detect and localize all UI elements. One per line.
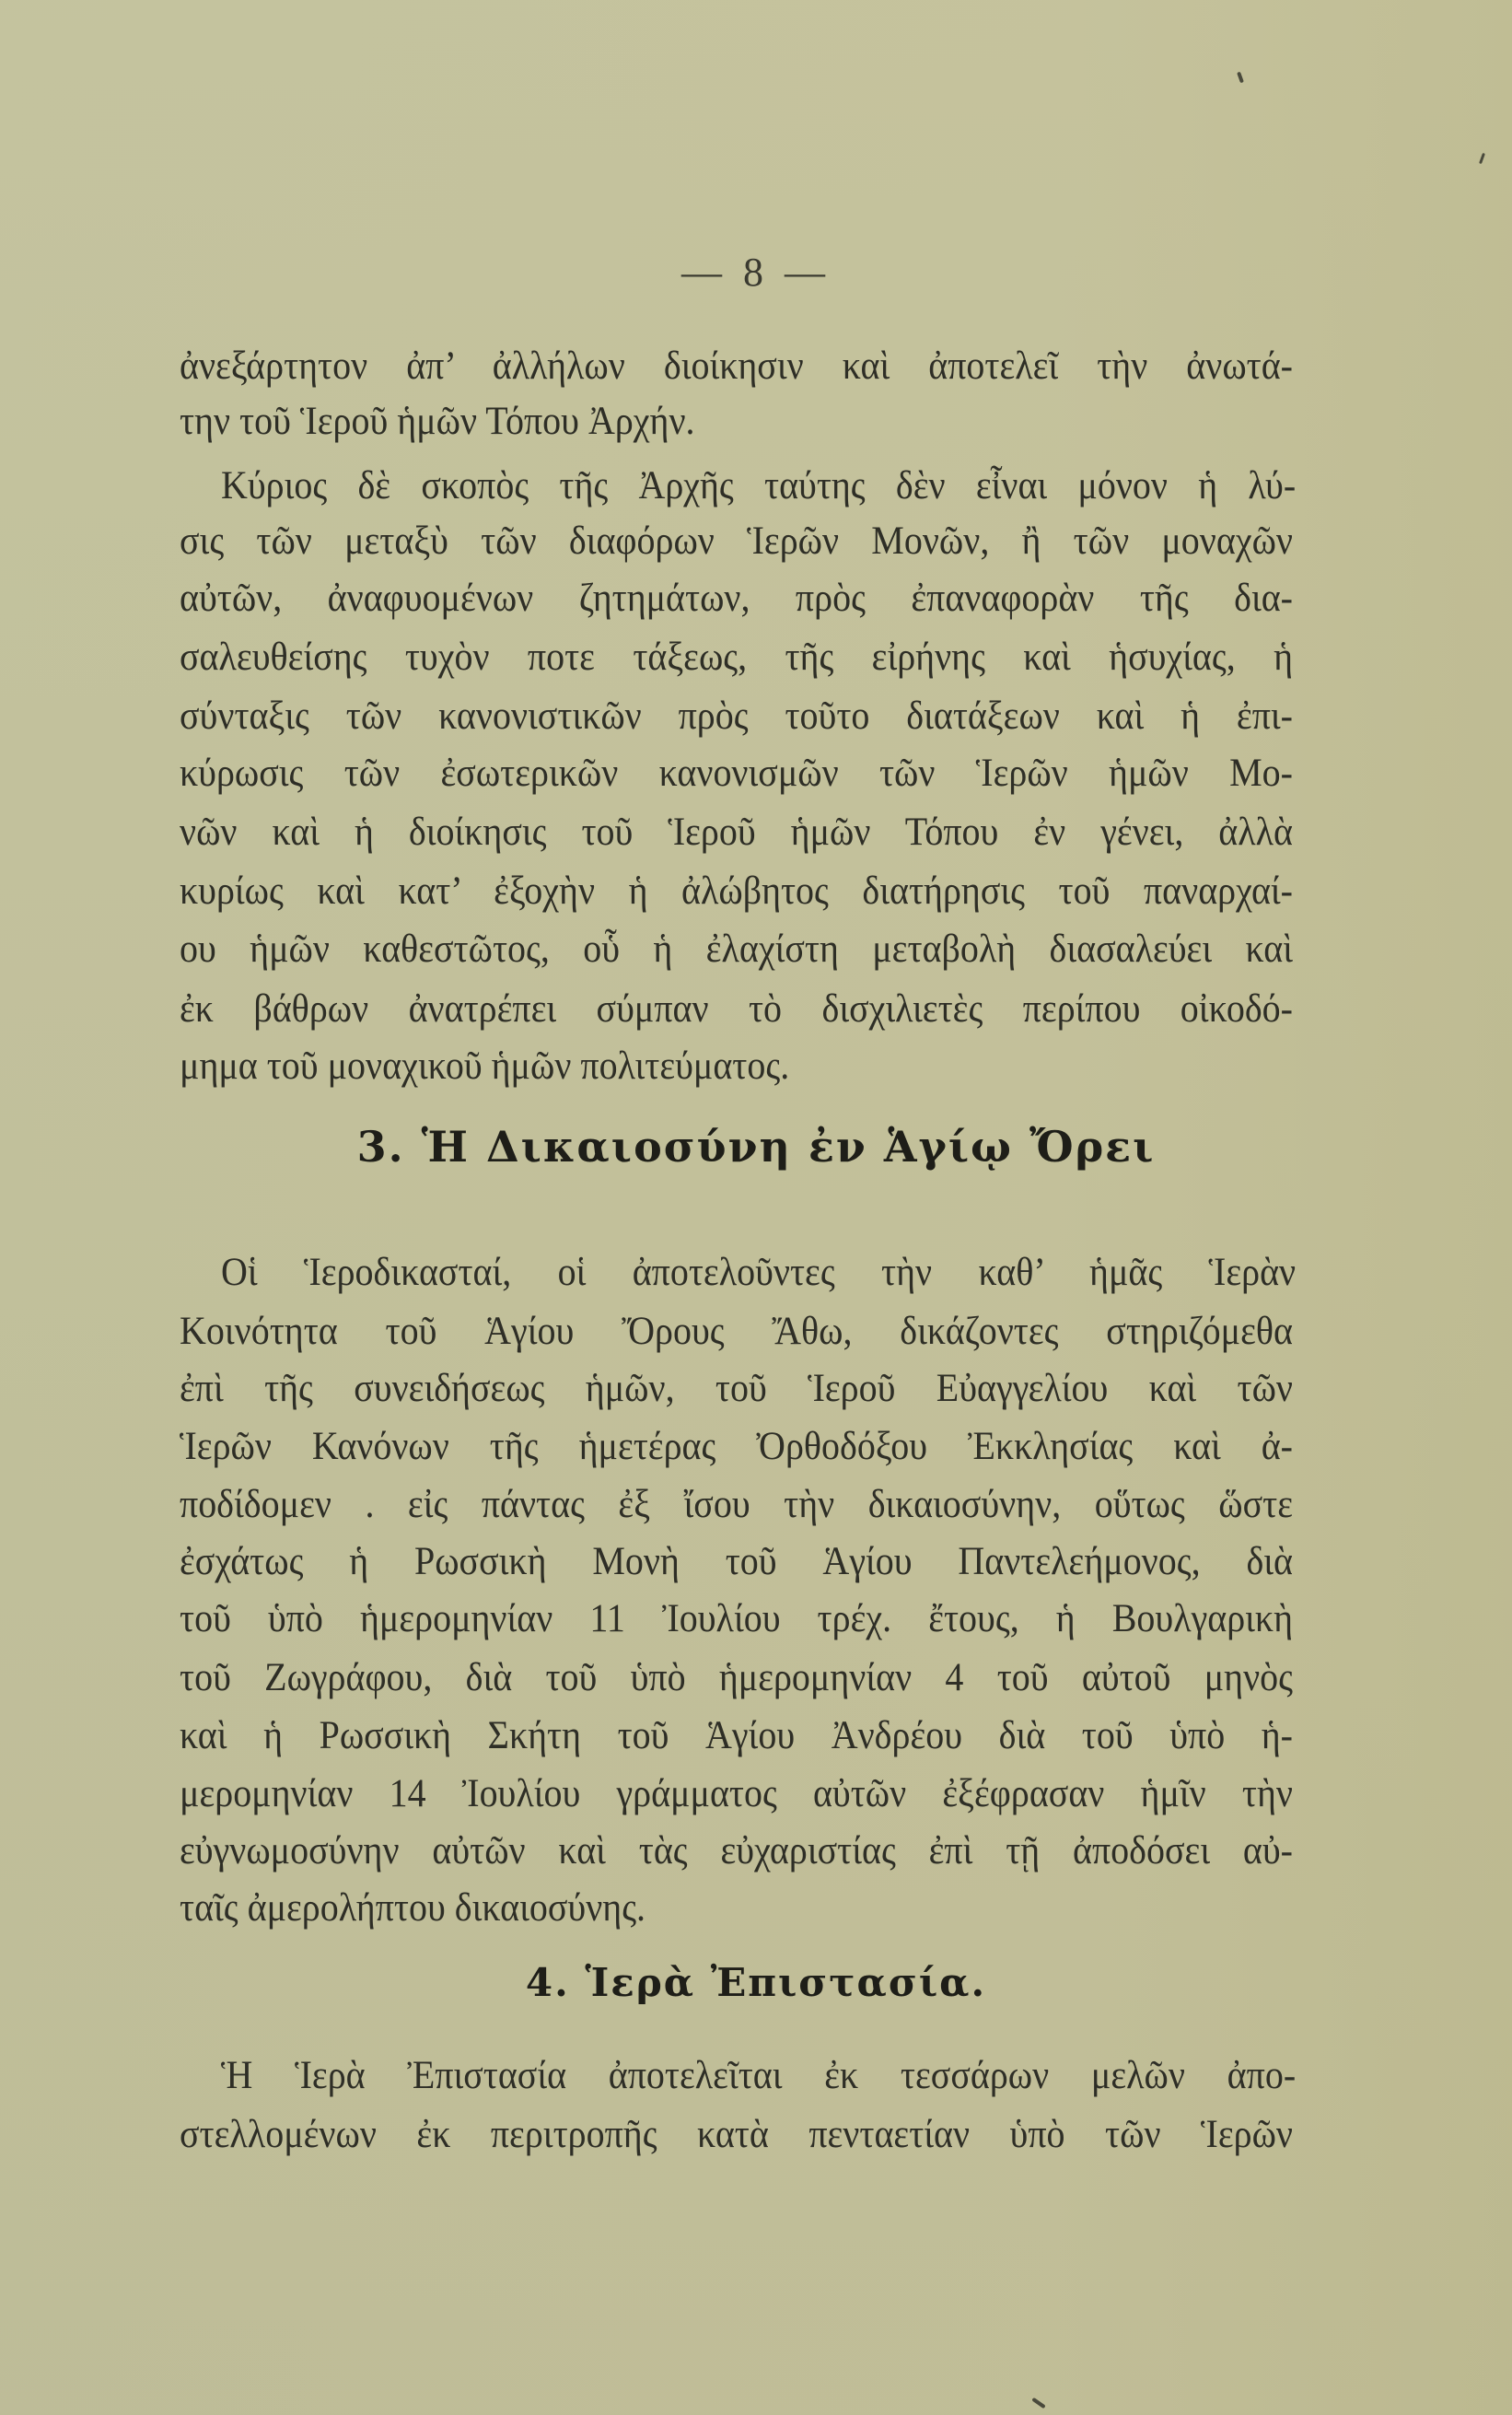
section-3-line-9: καὶ ἡ Ρωσσικὴ Σκήτη τοῦ Ἁγίου Ἀνδρέου δι… xyxy=(180,1710,1293,1762)
paragraph-2-line-9: ου ἡμῶν καθεστῶτος, οὗ ἡ ἐλαχίστη μεταβο… xyxy=(180,924,1293,975)
paragraph-2-line-2: σις τῶν μεταξὺ τῶν διαφόρων Ἱερῶν Μονῶν,… xyxy=(180,516,1293,567)
paragraph-2-line-7: νῶν καὶ ἡ διοίκησις τοῦ Ἱεροῦ ἡμῶν Τόπου… xyxy=(180,807,1293,858)
section-3-line-2: Κοινότητα τοῦ Ἁγίου Ὄρους Ἄθω, δικάζοντε… xyxy=(180,1306,1293,1358)
paragraph-1-line-1: ἀνεξάρτητον ἀπ’ ἀλλήλων διοίκησιν καὶ ἀπ… xyxy=(180,341,1293,392)
section-3-line-6: ἐσχάτως ἡ Ρωσσικὴ Μονὴ τοῦ Ἁγίου Παντελε… xyxy=(180,1536,1293,1588)
section-3-line-10: μερομηνίαν 14 Ἰουλίου γράμματος αὐτῶν ἐξ… xyxy=(180,1768,1293,1820)
paragraph-2-line-10: ἐκ βάθρων ἀνατρέπει σύμπαν τὸ δισχιλιετὲ… xyxy=(180,984,1293,1035)
section-3-line-8: τοῦ Ζωγράφου, διὰ τοῦ ὑπὸ ἡμερομηνίαν 4 … xyxy=(180,1652,1293,1704)
paragraph-2-line-11: μημα τοῦ μοναχικοῦ ἡμῶν πολιτεύματος. xyxy=(180,1041,1293,1092)
scan-speck xyxy=(1237,72,1244,84)
paragraph-2-line-6: κύρωσις τῶν ἐσωτερικῶν κανονισμῶν τῶν Ἱε… xyxy=(180,748,1293,799)
paragraph-2-line-5: σύνταξις τῶν κανονιστικῶν πρὸς τοῦτο δια… xyxy=(180,691,1293,742)
scan-speck xyxy=(1479,153,1485,164)
section-3-line-3: ἐπὶ τῆς συνειδήσεως ἡμῶν, τοῦ Ἱεροῦ Εὐαγ… xyxy=(180,1363,1293,1415)
paragraph-2-line-4: σαλευθείσης τυχὸν ποτε τάξεως, τῆς εἰρήν… xyxy=(180,632,1293,683)
scanned-page: — 8 — ἀνεξάρτητον ἀπ’ ἀλλήλων διοίκησιν … xyxy=(0,0,1512,2415)
section-4-line-2: στελλομένων ἐκ περιτροπῆς κατὰ πενταετία… xyxy=(180,2109,1293,2161)
section-3-line-5: ποδίδομεν . εἰς πάντας ἐξ ἴσου τὴν δικαι… xyxy=(180,1479,1293,1531)
section-3-line-7: τοῦ ὑπὸ ἡμερομηνίαν 11 Ἰουλίου τρέχ. ἔτο… xyxy=(180,1593,1293,1645)
paragraph-2-line-3: αὐτῶν, ἀναφυομένων ζητημάτων, πρὸς ἐπανα… xyxy=(180,573,1293,624)
section-3-heading: 3. Ἡ Δικαιοσύνη ἐν Ἁγίῳ Ὄρει xyxy=(0,1122,1512,1172)
scan-speck xyxy=(1031,2397,1045,2409)
section-3-line-4: Ἱερῶν Κανόνων τῆς ἡμετέρας Ὀρθοδόξου Ἐκκ… xyxy=(180,1421,1293,1473)
section-3-line-1: Οἱ Ἱεροδικασταί, οἱ ἀποτελοῦντες τὴν καθ… xyxy=(221,1247,1296,1299)
paragraph-1-line-2: την τοῦ Ἱεροῦ ἡμῶν Τόπου Ἀρχήν. xyxy=(180,396,1293,448)
section-3-line-12: ταῖς ἀμερολήπτου δικαιοσύνης. xyxy=(180,1883,1293,1934)
section-3-line-11: εὐγνωμοσύνην αὐτῶν καὶ τὰς εὐχαριστίας ἐ… xyxy=(180,1826,1293,1877)
page-number: — 8 — xyxy=(0,249,1512,296)
paragraph-2-line-8: κυρίως καὶ κατ’ ἐξοχὴν ἡ ἀλώβητος διατήρ… xyxy=(180,866,1293,917)
paragraph-2-line-1: Κύριος δὲ σκοπὸς τῆς Ἀρχῆς ταύτης δὲν εἶ… xyxy=(221,461,1296,512)
section-4-heading: 4. Ἱερὰ Ἐπιστασία. xyxy=(0,1960,1512,2005)
section-4-line-1: Ἡ Ἱερὰ Ἐπιστασία ἀποτελεῖται ἐκ τεσσάρων… xyxy=(221,2050,1296,2102)
